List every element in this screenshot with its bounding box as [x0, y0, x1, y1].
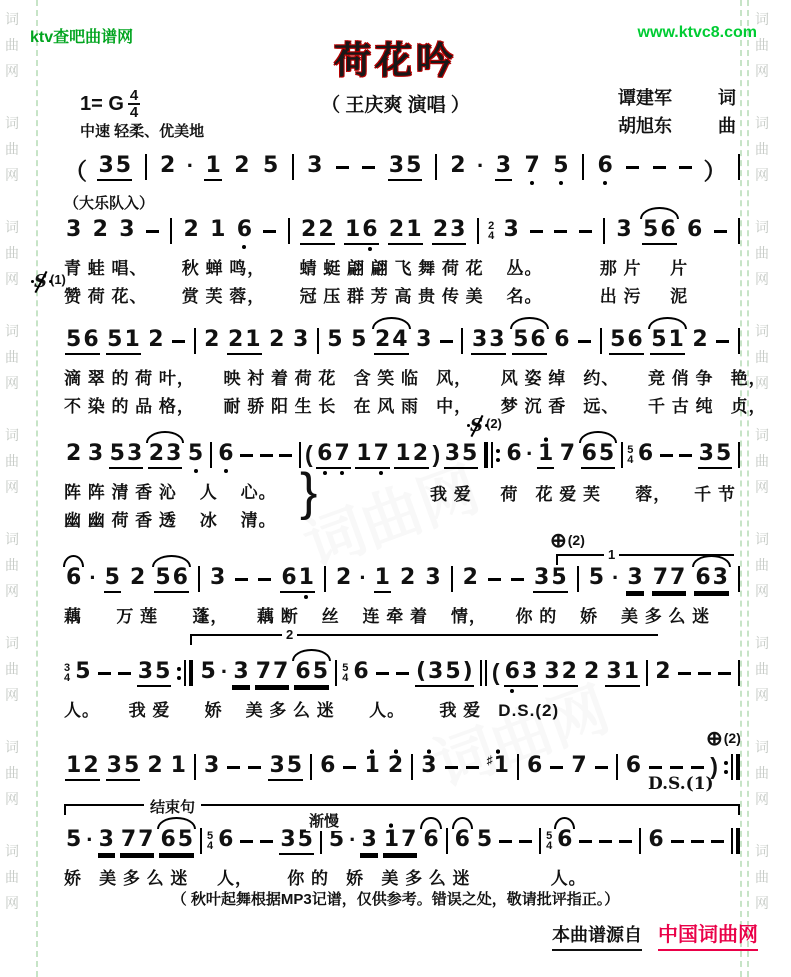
note-char-body: 2: [433, 218, 448, 242]
note-digit: ): [463, 660, 473, 684]
note-group: 6: [352, 654, 369, 684]
duration-dash: [619, 840, 632, 843]
note-group: 35: [97, 148, 132, 181]
barline-stroke: [194, 328, 196, 354]
note-char: 3: [444, 436, 461, 466]
note-char: 3: [471, 322, 488, 352]
note-digit: (: [416, 660, 426, 684]
note-digits: 3: [503, 212, 520, 242]
note-char-body: 5: [462, 442, 477, 466]
note-digits: 56: [154, 560, 189, 593]
note-char-body: 1: [345, 218, 360, 242]
note-char: 1: [65, 748, 82, 778]
note-char-body: 5: [327, 328, 342, 352]
note-digit: 1: [624, 660, 639, 684]
duration-dash: [172, 340, 185, 343]
barline: [639, 828, 641, 854]
note-digit: 5: [551, 566, 566, 590]
system-verse-3: 23532356(671712)356·176554635 阵 阵 清 香 沁 …: [64, 436, 742, 531]
note-char-body: 1: [245, 328, 260, 352]
barline-stroke: [200, 828, 202, 854]
note-group: 5: [74, 654, 91, 684]
note-digit: 6: [455, 828, 470, 852]
note-digit: 6: [557, 828, 572, 852]
note-digit: 3: [210, 566, 225, 590]
note-char-body: 6: [218, 828, 233, 852]
note-group: 21: [227, 322, 262, 355]
note-digits: 56: [609, 322, 644, 355]
note-char-body: 3: [66, 218, 81, 242]
note-digit: 5: [66, 328, 81, 352]
intro-annotation: （大乐队入）: [64, 192, 742, 213]
note-digit: 5: [298, 828, 313, 852]
note-digit: 6: [687, 218, 702, 242]
lyricist-credit: 谭建军 词: [618, 84, 736, 110]
barline: [616, 754, 618, 780]
barline: [738, 442, 740, 468]
note-char-body: 6: [362, 218, 377, 242]
note-char: 3: [306, 148, 323, 178]
duration-dash: [660, 454, 673, 457]
note-digit: 5: [643, 218, 658, 242]
note-digit: 6: [597, 154, 612, 178]
system-chorus-2: 345355·37765546(35)(63322312 人。 我 爱 娇 美 …: [64, 654, 742, 721]
note-group: 6: [625, 748, 642, 778]
note-digit: 5: [66, 828, 81, 852]
note-group: 2: [129, 560, 146, 590]
note-char-body: 5: [406, 154, 421, 178]
note-digit: 3: [166, 442, 181, 466]
barline-stroke: [324, 566, 326, 592]
note-digits: 6: [625, 748, 642, 778]
note-digits: 56: [642, 212, 677, 245]
coda-icon: ⊕: [550, 532, 567, 550]
note-char-body: 2: [336, 566, 351, 590]
ts-bottom: 4: [488, 231, 494, 241]
duration-dash: [649, 766, 662, 769]
barline: [484, 442, 500, 468]
lyrics-line: 人。 我 爱 娇 美 多 么 迷 人。 我 爱 D.S.(2): [64, 696, 742, 721]
note-digit: 2: [692, 328, 707, 352]
barline: [738, 218, 740, 244]
barline-stroke: [485, 660, 487, 686]
notation-line: 6·52563612·1232355·37763: [64, 560, 742, 593]
note-char: 2: [561, 654, 578, 684]
note-group: 65: [581, 436, 616, 469]
note-digit: 3: [119, 218, 134, 242]
duration-dash: [579, 840, 592, 843]
note-digit: 1: [384, 828, 399, 852]
barline: [600, 328, 602, 354]
note-char: 1: [298, 560, 315, 590]
barline: [435, 154, 437, 180]
note-char-body: 2: [584, 660, 599, 684]
note-char-body: 3: [119, 218, 134, 242]
note-char-body: 5: [329, 828, 344, 852]
note-char: 6: [454, 822, 471, 852]
note-digit: 6: [626, 754, 641, 778]
note-char-body: 5: [155, 660, 170, 684]
note-char: 2: [399, 560, 416, 590]
barline: [194, 754, 196, 780]
note-digits: 6: [596, 148, 613, 178]
note-group: 3: [615, 212, 632, 242]
note-digits: 2: [387, 748, 404, 778]
note-char: 2: [449, 148, 466, 178]
note-group: 3: [306, 148, 323, 178]
note-group: 63: [694, 560, 729, 593]
note-char: 5: [123, 748, 140, 778]
note-group: 2: [462, 560, 479, 590]
note-char: 3: [605, 654, 622, 684]
note-digit: 7: [138, 828, 153, 852]
note-group: 1: [374, 560, 391, 593]
duration-dash: [98, 672, 111, 675]
dotted-note-dot: ·: [349, 827, 356, 853]
note-group: 33: [471, 322, 506, 355]
note-digit: 6: [423, 828, 438, 852]
note-char-body: 5: [599, 442, 614, 466]
note-digits: 6: [217, 436, 234, 466]
note-char: 5: [588, 560, 605, 590]
note-digit: 3: [450, 218, 465, 242]
note-digits: 2: [159, 148, 176, 178]
note-digits: 16: [344, 212, 379, 245]
note-digit: 5: [263, 154, 278, 178]
note-char-body: 7: [138, 828, 153, 852]
low-octave-dot: [379, 471, 383, 475]
note-char: 3: [165, 436, 182, 466]
duration-dash: [440, 340, 453, 343]
note-digit: 2: [184, 218, 199, 242]
note-group: 65: [159, 822, 194, 855]
note-char-body: 5: [105, 566, 120, 590]
note-char: 3: [126, 436, 143, 466]
barline-stroke: [646, 660, 648, 686]
note-char-body: 6: [660, 218, 675, 242]
note-char-body: 2: [388, 754, 403, 778]
note-group: 2: [65, 436, 82, 466]
note-char-body: 5: [116, 154, 131, 178]
note-digit: 5: [329, 828, 344, 852]
note-digits: 2: [203, 322, 220, 352]
note-digit: 6: [505, 660, 520, 684]
note-char-body: 5: [287, 754, 302, 778]
note-char: 3: [495, 148, 512, 178]
note-group: 63: [504, 654, 539, 687]
note-char: 3: [98, 822, 115, 852]
note-char-body: 7: [571, 754, 586, 778]
barline: [446, 828, 448, 854]
note-digits: 1: [204, 148, 221, 181]
note-group: 2: [233, 148, 250, 178]
note-group: 2: [691, 322, 708, 352]
note-group: 6: [686, 212, 703, 242]
note-digit: 6: [173, 566, 188, 590]
note-digits: 65: [294, 654, 329, 687]
note-group: 12: [65, 748, 100, 781]
note-digits: 35: [698, 436, 733, 469]
note-char-body: 1: [171, 754, 186, 778]
barline-stroke: [317, 328, 319, 354]
note-char-body: 5: [75, 660, 90, 684]
note-digit: 6: [638, 442, 653, 466]
note-char: 2: [335, 560, 352, 590]
note-digits: 5: [262, 148, 279, 178]
note-digit: 3: [425, 566, 440, 590]
note-digits: 3: [203, 748, 220, 778]
note-group: 7: [524, 148, 541, 178]
note-char-body: 1: [205, 154, 220, 178]
note-group: 6: [596, 148, 613, 178]
note-char: 7: [272, 654, 289, 684]
parenthesis: (: [492, 659, 500, 686]
duration-dash: [511, 578, 524, 581]
note-digit: 6: [660, 218, 675, 242]
note-digits: 2: [146, 748, 163, 778]
barline: [646, 660, 648, 686]
note-char: 7: [570, 748, 587, 778]
note-char: 1: [668, 322, 685, 352]
duration-dash: [260, 454, 273, 457]
barline: [724, 754, 740, 780]
duration-dash: [499, 840, 512, 843]
rallentando-label: 渐慢: [306, 810, 342, 831]
note-char-body: 5: [110, 442, 125, 466]
time-signature-change: 54: [342, 663, 348, 683]
note-char: 2: [146, 748, 163, 778]
note-digit: 2: [413, 442, 428, 466]
segno-mark-2: S (2): [470, 416, 502, 436]
note-char: 2: [148, 436, 165, 466]
note-group: 3: [420, 748, 437, 778]
note-group: 56: [609, 322, 644, 355]
note-digits: 3: [415, 322, 432, 352]
note-group: 35: [268, 748, 303, 781]
note-char-body: 5: [716, 442, 731, 466]
duration-dash: [578, 340, 591, 343]
note-char-body: 2: [389, 218, 404, 242]
note-digit: 2: [149, 442, 164, 466]
note-char: 7: [559, 436, 576, 466]
barline-stroke: [194, 754, 196, 780]
barline-stroke: [738, 566, 740, 592]
note-digit: 3: [361, 828, 376, 852]
note-char-body: 3: [496, 154, 511, 178]
note-char: 1: [383, 822, 400, 852]
barline: [194, 328, 196, 354]
note-digit: 1: [245, 328, 260, 352]
note-char-body: 1: [395, 442, 410, 466]
tempo-marking: 中速 轻柔、优美地: [80, 120, 204, 141]
repeat-dots: [724, 761, 728, 774]
note-group: 5: [262, 148, 279, 178]
note-digit: 6: [295, 660, 310, 684]
barline-stroke: [320, 828, 322, 854]
duration-dash: [550, 766, 563, 769]
note-digits: 1: [374, 560, 391, 593]
note-char-body: 1: [406, 218, 421, 242]
note-char-body: 5: [66, 328, 81, 352]
note-char-body: 5: [610, 328, 625, 352]
left-watermark-rail: 词 曲 网 词 曲 网 词 曲 网 词 曲 网 词 曲 网 词 曲 网 词 曲 …: [5, 6, 19, 916]
note-char: 3: [268, 748, 285, 778]
note-char: 1: [204, 148, 221, 178]
note-char-body: ♯1: [487, 754, 509, 778]
note-digits: 35: [268, 748, 303, 781]
note-digits: 6: [556, 822, 573, 852]
note-char-body: 6: [317, 442, 332, 466]
volta-number: 1: [604, 547, 619, 562]
note-group: ♯1: [486, 748, 510, 778]
notation-line: 1235213356123♯1676): [64, 748, 742, 781]
note-digits: 6: [553, 322, 570, 352]
note-char-body: 2: [413, 442, 428, 466]
note-digits: 3: [118, 212, 135, 242]
note-char-body: 2: [450, 154, 465, 178]
note-char: 1: [623, 654, 640, 684]
note-char-body: 5: [188, 442, 203, 466]
note-char: 3: [415, 322, 432, 352]
note-digit: 2: [389, 218, 404, 242]
note-char: 6: [361, 212, 378, 242]
note-group: 3: [203, 748, 220, 778]
note-digits: 35: [137, 654, 172, 687]
low-octave-dot: [242, 245, 246, 249]
note-digit: 7: [374, 442, 389, 466]
source-site-link[interactable]: 中国词曲网: [658, 918, 758, 951]
note-digit: 3: [489, 328, 504, 352]
barline-stroke: [736, 828, 740, 854]
note-char: 1: [405, 212, 422, 242]
dal-segno-label: D.S.(1): [648, 774, 714, 794]
note-char-body: 6: [83, 328, 98, 352]
note-char-body: 6: [597, 154, 612, 178]
barline: [480, 660, 487, 686]
notation-line: 345355·37765546(35)(63322312: [64, 654, 742, 687]
note-digit: 2: [301, 218, 316, 242]
notation-line: 23532356(671712)356·176554635: [64, 436, 742, 469]
note-char-body: 3: [99, 828, 114, 852]
note-digit: 7: [121, 828, 136, 852]
right-dashed-line-2: [747, 0, 749, 977]
barline-stroke: [484, 442, 488, 468]
barline-stroke: [335, 660, 337, 686]
repeat-dots: [177, 667, 181, 680]
note-digit: 5: [313, 660, 328, 684]
note-char: 5: [187, 436, 204, 466]
note-char-body: 5: [178, 828, 193, 852]
barline-stroke: [189, 660, 193, 686]
note-char: 5: [552, 148, 569, 178]
note-char-body: 5: [107, 328, 122, 352]
note-char-body: 1: [538, 442, 553, 466]
system-ending: 5·37765546355·3176655466 娇 美 多 么 迷 人， 你 …: [64, 822, 742, 889]
note-group: 2: [183, 212, 200, 242]
note-char: 6: [505, 436, 522, 466]
note-char-body: 2: [130, 566, 145, 590]
note-digit: 5: [327, 328, 342, 352]
note-char: 5: [598, 436, 615, 466]
note-char-body: 6: [638, 442, 653, 466]
note-group: 5: [588, 560, 605, 590]
note-group: 32: [543, 654, 578, 687]
note-char-body: 3: [699, 442, 714, 466]
note-digit: 3: [713, 566, 728, 590]
note-digits: 23: [148, 436, 183, 469]
note-char-body: 5: [263, 154, 278, 178]
coda-label: (2): [568, 532, 585, 548]
note-digit: 4: [392, 328, 407, 352]
note-digit: 1: [538, 442, 553, 466]
barline-stroke: [736, 754, 740, 780]
note-digit: 3: [699, 442, 714, 466]
note-digit: 1: [395, 442, 410, 466]
coda-icon: ⊕: [706, 730, 723, 748]
barline-stroke: [451, 566, 453, 592]
note-group: 3: [65, 212, 82, 242]
note-char-body: 3: [421, 754, 436, 778]
note-char: 7: [373, 436, 390, 466]
note-digits: 2: [183, 212, 200, 242]
note-char-body: 1: [669, 328, 684, 352]
lyrics-line: 幽 幽 荷 香 透 冰 清。: [64, 506, 742, 531]
duration-dash: [599, 840, 612, 843]
note-digit: 5: [110, 442, 125, 466]
note-digit: 3: [522, 660, 537, 684]
note-char: 3: [203, 748, 220, 778]
note-digit: 6: [627, 328, 642, 352]
note-char-body: 3: [416, 328, 431, 352]
note-group: 1: [364, 748, 381, 778]
sharp-sign: ♯: [487, 754, 493, 766]
note-digits: 2: [449, 148, 466, 178]
note-group: 6: [65, 560, 82, 590]
note-char: 2: [233, 148, 250, 178]
note-digit: 1: [345, 218, 360, 242]
dotted-note-dot: ·: [86, 827, 93, 853]
note-group: 17: [383, 822, 418, 855]
note-digit: 5: [188, 442, 203, 466]
note-group: 3: [626, 560, 643, 593]
note-digit: 1: [494, 754, 509, 778]
barline: [738, 154, 740, 180]
duration-dash: [146, 230, 159, 233]
note-char: 2: [203, 322, 220, 352]
note-digit: 5: [155, 566, 170, 590]
system-bridge: 1235213356123♯1676): [64, 748, 742, 781]
note-char-body: 5: [651, 328, 666, 352]
note-group: 17: [355, 436, 390, 469]
note-char: ♯1: [486, 748, 510, 778]
note-group: 1: [209, 212, 226, 242]
note-char: 3: [87, 436, 104, 466]
note-char-body: 3: [210, 566, 225, 590]
note-digit: 1: [210, 218, 225, 242]
duration-dash: [248, 766, 261, 769]
note-char-body: 2: [463, 566, 478, 590]
note-char-body: 2: [228, 328, 243, 352]
note-group: 6: [505, 436, 522, 466]
note-group: 77: [255, 654, 290, 687]
note-digits: 31: [605, 654, 640, 687]
segno-label: (2): [486, 416, 502, 431]
note-group: 2: [268, 322, 285, 352]
barline: [324, 566, 326, 592]
barline-stroke: [210, 442, 212, 468]
barline: [517, 754, 519, 780]
note-digit: 3: [233, 660, 248, 684]
